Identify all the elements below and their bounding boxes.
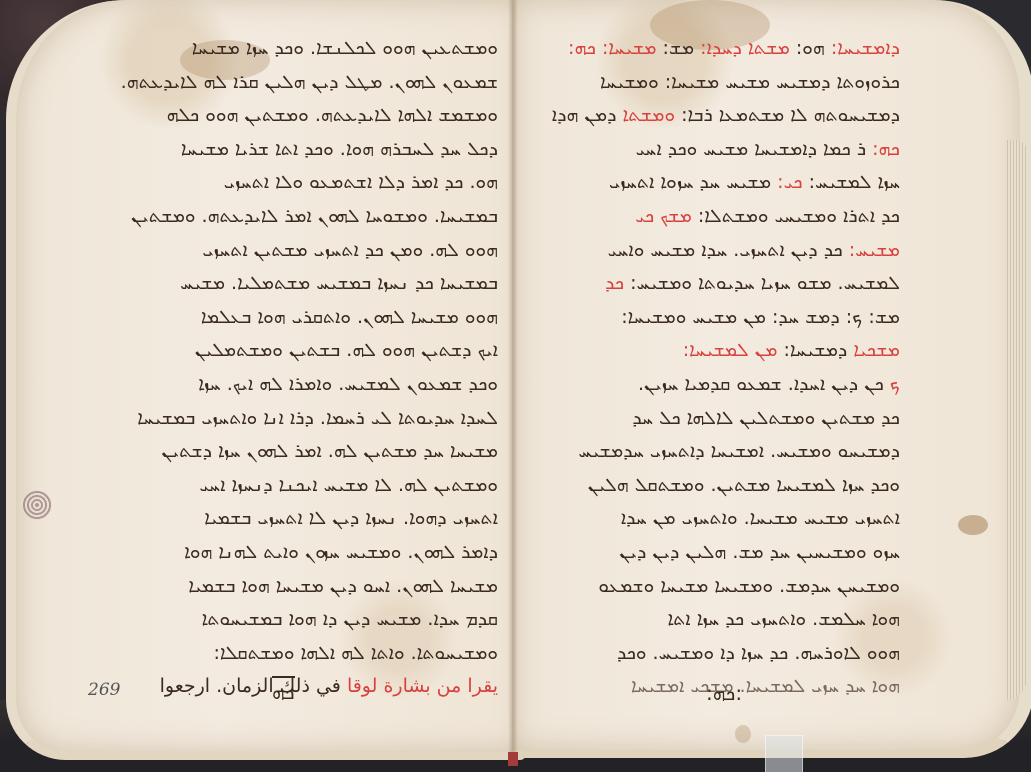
script-text: ارجعوا (160, 675, 210, 697)
script-text: ܕܡܫ ܚܕ: ܡܢ ܡܫܝܚ ܘܡܫܝܚܐ: (621, 306, 839, 328)
text-line: ܡܫ: ܟ: ܕܡܫ ܚܕ: ܡܢ ܡܫܝܚ ܘܡܫܝܚܐ: (520, 301, 900, 335)
text-line: ܒܡܫܝܚܐ ܟܕ ܢܚܙܐ ܒܡܫܝܚ ܡܫܬܡܠܝܐ. ܡܫܝܚ (108, 267, 498, 301)
text-line: ܕܐܡܫܝܚܐ: ܗܘ: ܡܫܬܐ ܕܚܕܐ: ܡܫ: ܡܫܝܚܐ: ܟܗ: (520, 32, 900, 66)
text-line: ܡܫܝܚܐ ܚܕ ܡܫܬܝܢ ܠܗ. ܐܡܪ ܠܗܘܢ ܚܙܐ ܕܫܬܝܢ (108, 435, 498, 469)
left-text-column: ܘܡܫܬܥܝܢ ܗܘܘ ܠܟܠܢܫܐ. ܘܟܕ ܚܙܐ ܡܫܝܚܐܫܡܥܘܢ ܠ… (108, 32, 498, 704)
rubric-text: ܟ (884, 373, 900, 395)
bookmark-ribbon (508, 752, 518, 766)
text-line: ܘܡܫܝܚܘܬܐ. ܘܐܬܐ ܠܗ ܐܠܗܐ ܘܡܫܬܩܠܐ: (108, 637, 498, 671)
page-edges (1005, 140, 1027, 700)
text-line: ܕܐܡܪ ܠܗܘܢ. ܘܡܫܝܚ ܚܙܘܢ ܘܐܝܬ ܠܗܢܐ ܗܘܐ (108, 536, 498, 570)
text-line: ܗܘ. ܟܕ ܐܡܪ ܕܠܐ ܐܫܬܡܥܘ ܘܠܐ ܐܬܚܙܝ (108, 166, 498, 200)
script-text: ܗܘܐ ܚܕ ܚܙܝ ܠܡܫܝܚܐ. ܡܫܟܝ ܐܡܫܝܚܐ (631, 675, 900, 697)
text-line: ܘܟܕ ܫܡܥܘܢ ܠܡܫܝܚ. ܘܐܡܪܐ ܠܗ ܐܝܟ. ܚܙܐ (108, 368, 498, 402)
text-line: يقرا من بشارة لوقا في ذلك الزمان. ارجعوا (108, 670, 498, 704)
text-line: ܕܡܫܝܚܘ ܘܡܫܝܚ. ܐܡܫܝܚܐ ܕܐܬܚܙܝ ܚܕܡܫܝܚ (520, 435, 900, 469)
text-line: ܫܡܥܘܢ ܠܗܘܢ. ܡܛܠ ܕܝܢ ܗܠܝܢ ܩܪܐ ܠܗ ܠܐܝܕܥܬܗ. (108, 66, 498, 100)
text-line: ܠܡܫܝܚ. ܡܫܘ ܚܙܝܐ ܚܕܝܘܬܐ ܘܡܫܝܚ: ܟܕ (520, 267, 900, 301)
text-line: ܗܘܘ ܠܐܘܪܚܗ. ܟܕ ܚܙܐ ܕܐ ܘܡܫܝܚ. ܘܟܕ (520, 637, 900, 671)
damage-stain (958, 515, 988, 535)
script-text: ܚܙܐ ܠܡܫܝܚ: (803, 171, 900, 193)
text-line: ܘܟܕ ܚܙܐ ܠܡܫܝܚܐ ܡܫܬܝܢ. ܘܡܫܬܩܠ ܗܠܝܢ (520, 469, 900, 503)
rubric-text: ܡܢ ܠܡܫܝܚܐ: (683, 339, 778, 361)
text-line: ܘܡܫܬܝܢ ܠܗ. ܠܐ ܡܫܝܚ ܐܝܟܢܐ ܕܢܚܙܐ ܐܚܝ (108, 469, 498, 503)
rubric-text: ܡܫܝܚܐ: ܟܗ: (568, 37, 656, 59)
text-line: ܗܘܐ ܚܠܡܫ. ܘܐܬܚܙܝ ܟܕ ܚܙܐ ܐܬܐ (520, 603, 900, 637)
rubric-text: ܡܫܟ ܟܝ (635, 205, 692, 227)
text-line: ܟ ܟܢ ܕܝܢ ܐܚܕܐ. ܫܡܥܘ ܩܕܡܝܐ ܚܙܝܢ. (520, 368, 900, 402)
text-line: ܡܫܝܚܐ ܠܗܘܢ. ܐܚܘ ܕܝܢ ܡܫܝܚܐ ܗܘܐ ܒܫܡܝܐ (108, 570, 498, 604)
rubric-text: ܟܗ: (866, 138, 900, 160)
script-text: ܕܡܫܝܚܐ: (777, 339, 853, 361)
script-text: ܕܡܫܝܚܘܬܗ ܠܐ ܡܫܬܡܥܐ ܪܒܐ: (675, 104, 900, 126)
script-text: ܡܫ: ܟ: (840, 306, 900, 328)
text-line: ܕܟܠ ܚܕ ܠܚܒܪܗ ܗܘܐ. ܘܟܕ ܐܬܐ ܫܪܝܐ ܡܫܝܚܐ (108, 133, 498, 167)
text-line: ܐܬܚܙܝ ܕܗܘܐ. ܢܚܙܐ ܕܝܢ ܠܐ ܐܬܚܙܝ ܒܫܡܝܐ (108, 502, 498, 536)
text-line: ܐܝܟ ܕܫܬܝܢ ܗܘܘ ܠܗ. ܒܫܬܝܢ ܘܡܫܬܡܠܝܢ (108, 334, 498, 368)
right-text-column: ܕܐܡܫܝܚܐ: ܗܘ: ܡܫܬܐ ܕܚܕܐ: ܡܫ: ܡܫܝܚܐ: ܟܗ:ܟܪ… (520, 32, 900, 704)
text-line: ܟܕ ܐܬܪܐ ܘܡܫܝܚܝ ܘܡܫܬܠܐ: ܡܫܟ ܟܝ (520, 200, 900, 234)
text-line: ܗܘܘ ܡܫܝܚܐ ܠܗܘܢ. ܘܐܬܩܪܝ ܗܘܐ ܒܥܠܡܐ (108, 301, 498, 335)
text-line: ܟܗ: ܪ ܟܡܐ ܕܐܡܫܝܚܐ ܡܫܝܚ ܘܟܕ ܐܚܝ (520, 133, 900, 167)
text-line: ܟܪܘܙܘܬܐ ܕܡܫܝܚ ܡܫܝܚ ܡܫܝܚܐ: ܘܡܫܝܚܐ (520, 66, 900, 100)
rubric-text: ܡܫܟܝܐ (853, 339, 900, 361)
rubric-text: ܕܐܡܫܝܚܐ: (825, 37, 900, 59)
rubric-text: ܟܝ: (771, 171, 802, 193)
text-line: ܩܕܡ ܚܕܐ. ܡܫܝܚ ܕܝܢ ܕܐ ܗܘܐ ܒܡܫܝܚܘܬܐ (108, 603, 498, 637)
text-line: ܚܙܘ ܘܡܫܝܚܝܢ ܚܕ ܡܫ. ܗܠܝܢ ܕܝܢ ܕܝܢ (520, 536, 900, 570)
text-line: ܡܫܟܝܐ ܕܡܫܝܚܐ: ܡܢ ܠܡܫܝܚܐ: (520, 334, 900, 368)
rubric-text: ܡܫܝܚ: (843, 239, 900, 261)
quire-mark-left: ܟܗ (272, 680, 295, 704)
page-clip (765, 735, 803, 772)
text-line: ܘܡܫܝܚܢ ܚܕܡܫ. ܘܡܫܝܚܐ ܡܫܝܚܐ ܘܫܡܥܘ (520, 570, 900, 604)
folio-number: 269 (88, 680, 120, 700)
text-line: ܒܡܫܝܚܐ. ܘܡܫܘܚܐ ܠܗܘܢ ܐܡܪ ܠܐܝܕܥܬܗ. ܘܡܫܬܝܢ (108, 200, 498, 234)
text-line: ܘܡܫܬܥܝܢ ܗܘܘ ܠܟܠܢܫܐ. ܘܟܕ ܚܙܐ ܡܫܝܚܐ (108, 32, 498, 66)
text-line: ܟܕ ܡܫܬܝܢ ܘܡܫܬܠܝܢ ܠܐܠܗܐ ܟܠ ܚܕ (520, 402, 900, 436)
text-line: ܚܙܐ ܠܡܫܝܚ: ܟܝ: ܡܫܝܚ ܚܕ ܚܙܘܐ ܐܬܚܙܝ (520, 166, 900, 200)
text-line: ܡܫܝܚ: ܟܕ ܕܝܢ ܐܬܚܙܝ. ܚܕܐ ܡܫܝܚ ܘܐܚܝ (520, 234, 900, 268)
water-stain (735, 725, 751, 743)
text-line: ܗܘܘ ܠܗ. ܘܡܢ ܟܕ ܐܬܚܙܝ ܡܫܬܝܢ ܐܬܚܙܝ (108, 234, 498, 268)
script-text: ܕܡܢ ܗܕܐ (552, 104, 623, 126)
mold-spot (22, 490, 52, 520)
text-line: ܠܚܕܐ ܚܕܝܘܬܐ ܠܝ ܪܚܡܐ. ܕܪܐ ܐܢܐ ܘܐܬܚܙܝ ܒܡܫܝ… (108, 402, 498, 436)
script-text: ܠܡܫܝܚ. ܡܫܘ ܚܙܝܐ ܚܕܝܘܬܐ ܘܡܫܝܚ: (624, 272, 900, 294)
rubric-text: ܟܕ (605, 272, 624, 294)
quire-mark-right: :ܟܗ: (706, 681, 742, 705)
script-text: ܗܘ: (790, 37, 825, 59)
rubric-text: ܡܫܬܐ ܕܚܕܐ: (694, 37, 790, 59)
script-text: ܟܕ ܐܬܪܐ ܘܡܫܝܚܝ ܘܡܫܬܠܐ: (692, 205, 900, 227)
text-line: ܕܡܫܝܚܘܬܗ ܠܐ ܡܫܬܡܥܐ ܪܒܐ: ܘܡܫܬܐ ܕܡܢ ܗܕܐ (520, 99, 900, 133)
text-line: ܘܡܫܡܫ ܐܠܗܐ ܠܐܝܕܥܬܗ. ܘܡܫܬܝܢ ܗܘܘ ܟܠܗ (108, 99, 498, 133)
script-text: ܡܫ: (656, 37, 694, 59)
script-text: ܟܢ ܕܝܢ ܐܚܕܐ. ܫܡܥܘ ܩܕܡܝܐ ܚܙܝܢ. (638, 373, 884, 395)
script-text: ܡܫܝܚ ܚܕ ܚܙܘܐ ܐܬܚܙܝ (609, 171, 771, 193)
script-text: ܪ ܟܡܐ ܕܐܡܫܝܚܐ ܡܫܝܚ ܘܟܕ ܐܚܝ (636, 138, 867, 160)
rubric-text: ܘܡܫܬܐ (623, 104, 676, 126)
text-line: ܐܬܚܙܝ ܡܫܝܚ ܡܫܝܚܐ. ܘܐܬܚܙܝ ܡܢ ܚܕܐ (520, 502, 900, 536)
script-text: ܟܕ ܕܝܢ ܐܬܚܙܝ. ܚܕܐ ܡܫܝܚ ܘܐܚܝ (608, 239, 843, 261)
rubric-text: يقرا من بشارة لوقا (347, 675, 498, 697)
gutter (508, 0, 518, 760)
